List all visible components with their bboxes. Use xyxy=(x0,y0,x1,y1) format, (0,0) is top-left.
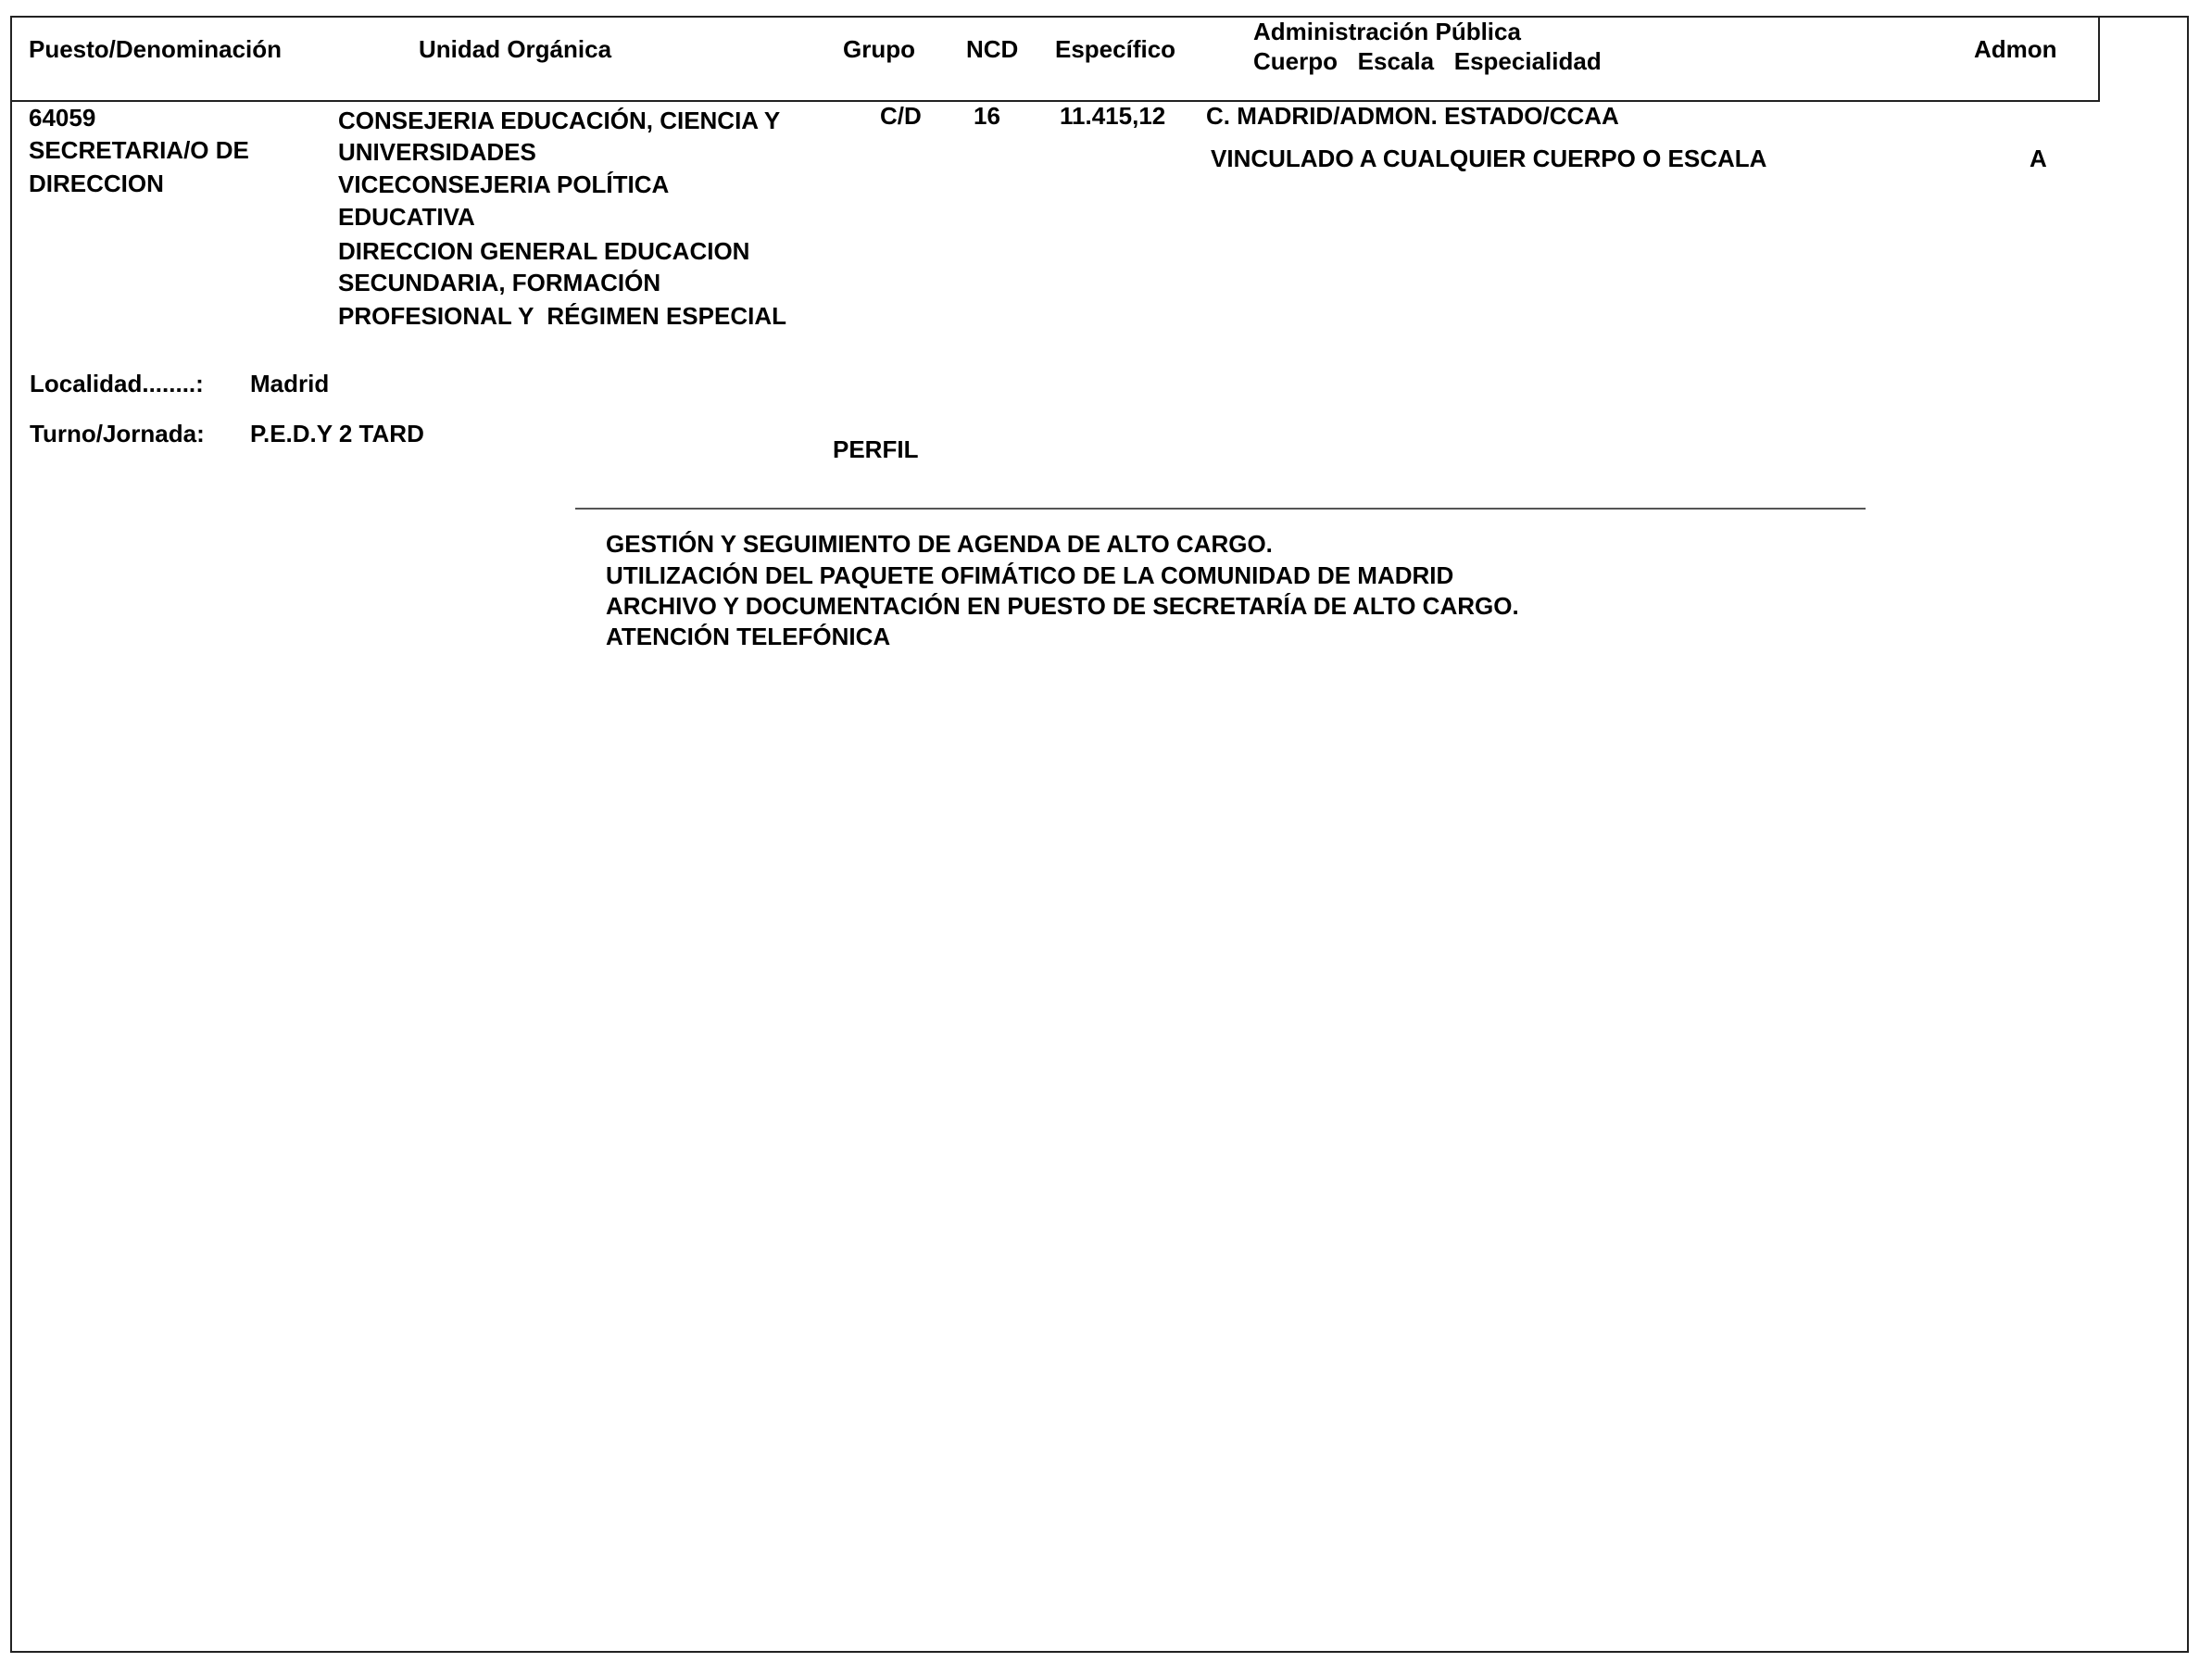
perfil-title: PERFIL xyxy=(833,435,918,463)
page-border xyxy=(10,16,2189,1653)
unidad-line-4: EDUCATIVA xyxy=(338,203,475,231)
header-especifico: Específico xyxy=(1055,35,1175,63)
header-cuerpo-escala: Cuerpo Escala Especialidad xyxy=(1253,47,1602,75)
turno-label: Turno/Jornada: xyxy=(30,420,205,447)
unidad-line-2: UNIVERSIDADES xyxy=(338,138,536,166)
perfil-divider xyxy=(575,508,1866,510)
header-admon: Admon xyxy=(1974,35,2057,63)
perfil-item-3: ARCHIVO Y DOCUMENTACIÓN EN PUESTO DE SEC… xyxy=(606,592,1519,620)
administracion-value: C. MADRID/ADMON. ESTADO/CCAA xyxy=(1206,102,1619,130)
header-grupo: Grupo xyxy=(843,35,915,63)
unidad-line-3: VICECONSEJERIA POLÍTICA xyxy=(338,170,669,198)
perfil-item-2: UTILIZACIÓN DEL PAQUETE OFIMÁTICO DE LA … xyxy=(606,561,1453,589)
puesto-denominacion-1: SECRETARIA/O DE xyxy=(29,136,249,164)
perfil-item-1: GESTIÓN Y SEGUIMIENTO DE AGENDA DE ALTO … xyxy=(606,530,1273,558)
turno-value: P.E.D.Y 2 TARD xyxy=(250,420,424,447)
unidad-line-5: DIRECCION GENERAL EDUCACION xyxy=(338,237,749,265)
especifico-value: 11.415,12 xyxy=(1060,102,1165,130)
localidad-value: Madrid xyxy=(250,370,329,397)
ncd-value: 16 xyxy=(974,102,1000,130)
puesto-codigo: 64059 xyxy=(29,104,95,132)
unidad-line-6: SECUNDARIA, FORMACIÓN xyxy=(338,269,660,296)
unidad-line-1: CONSEJERIA EDUCACIÓN, CIENCIA Y xyxy=(338,107,780,134)
admon-value: A xyxy=(2030,145,2047,172)
header-unidad: Unidad Orgánica xyxy=(419,35,611,63)
header-puesto: Puesto/Denominación xyxy=(29,35,282,63)
cuerpo-value: VINCULADO A CUALQUIER CUERPO O ESCALA xyxy=(1211,145,1766,172)
grupo-value: C/D xyxy=(880,102,922,130)
unidad-line-7: PROFESIONAL Y RÉGIMEN ESPECIAL xyxy=(338,302,786,330)
header-administracion: Administración Pública xyxy=(1253,18,1521,45)
perfil-item-4: ATENCIÓN TELEFÓNICA xyxy=(606,623,890,650)
puesto-denominacion-2: DIRECCION xyxy=(29,170,164,197)
header-ncd: NCD xyxy=(966,35,1018,63)
localidad-label: Localidad........: xyxy=(30,370,204,397)
